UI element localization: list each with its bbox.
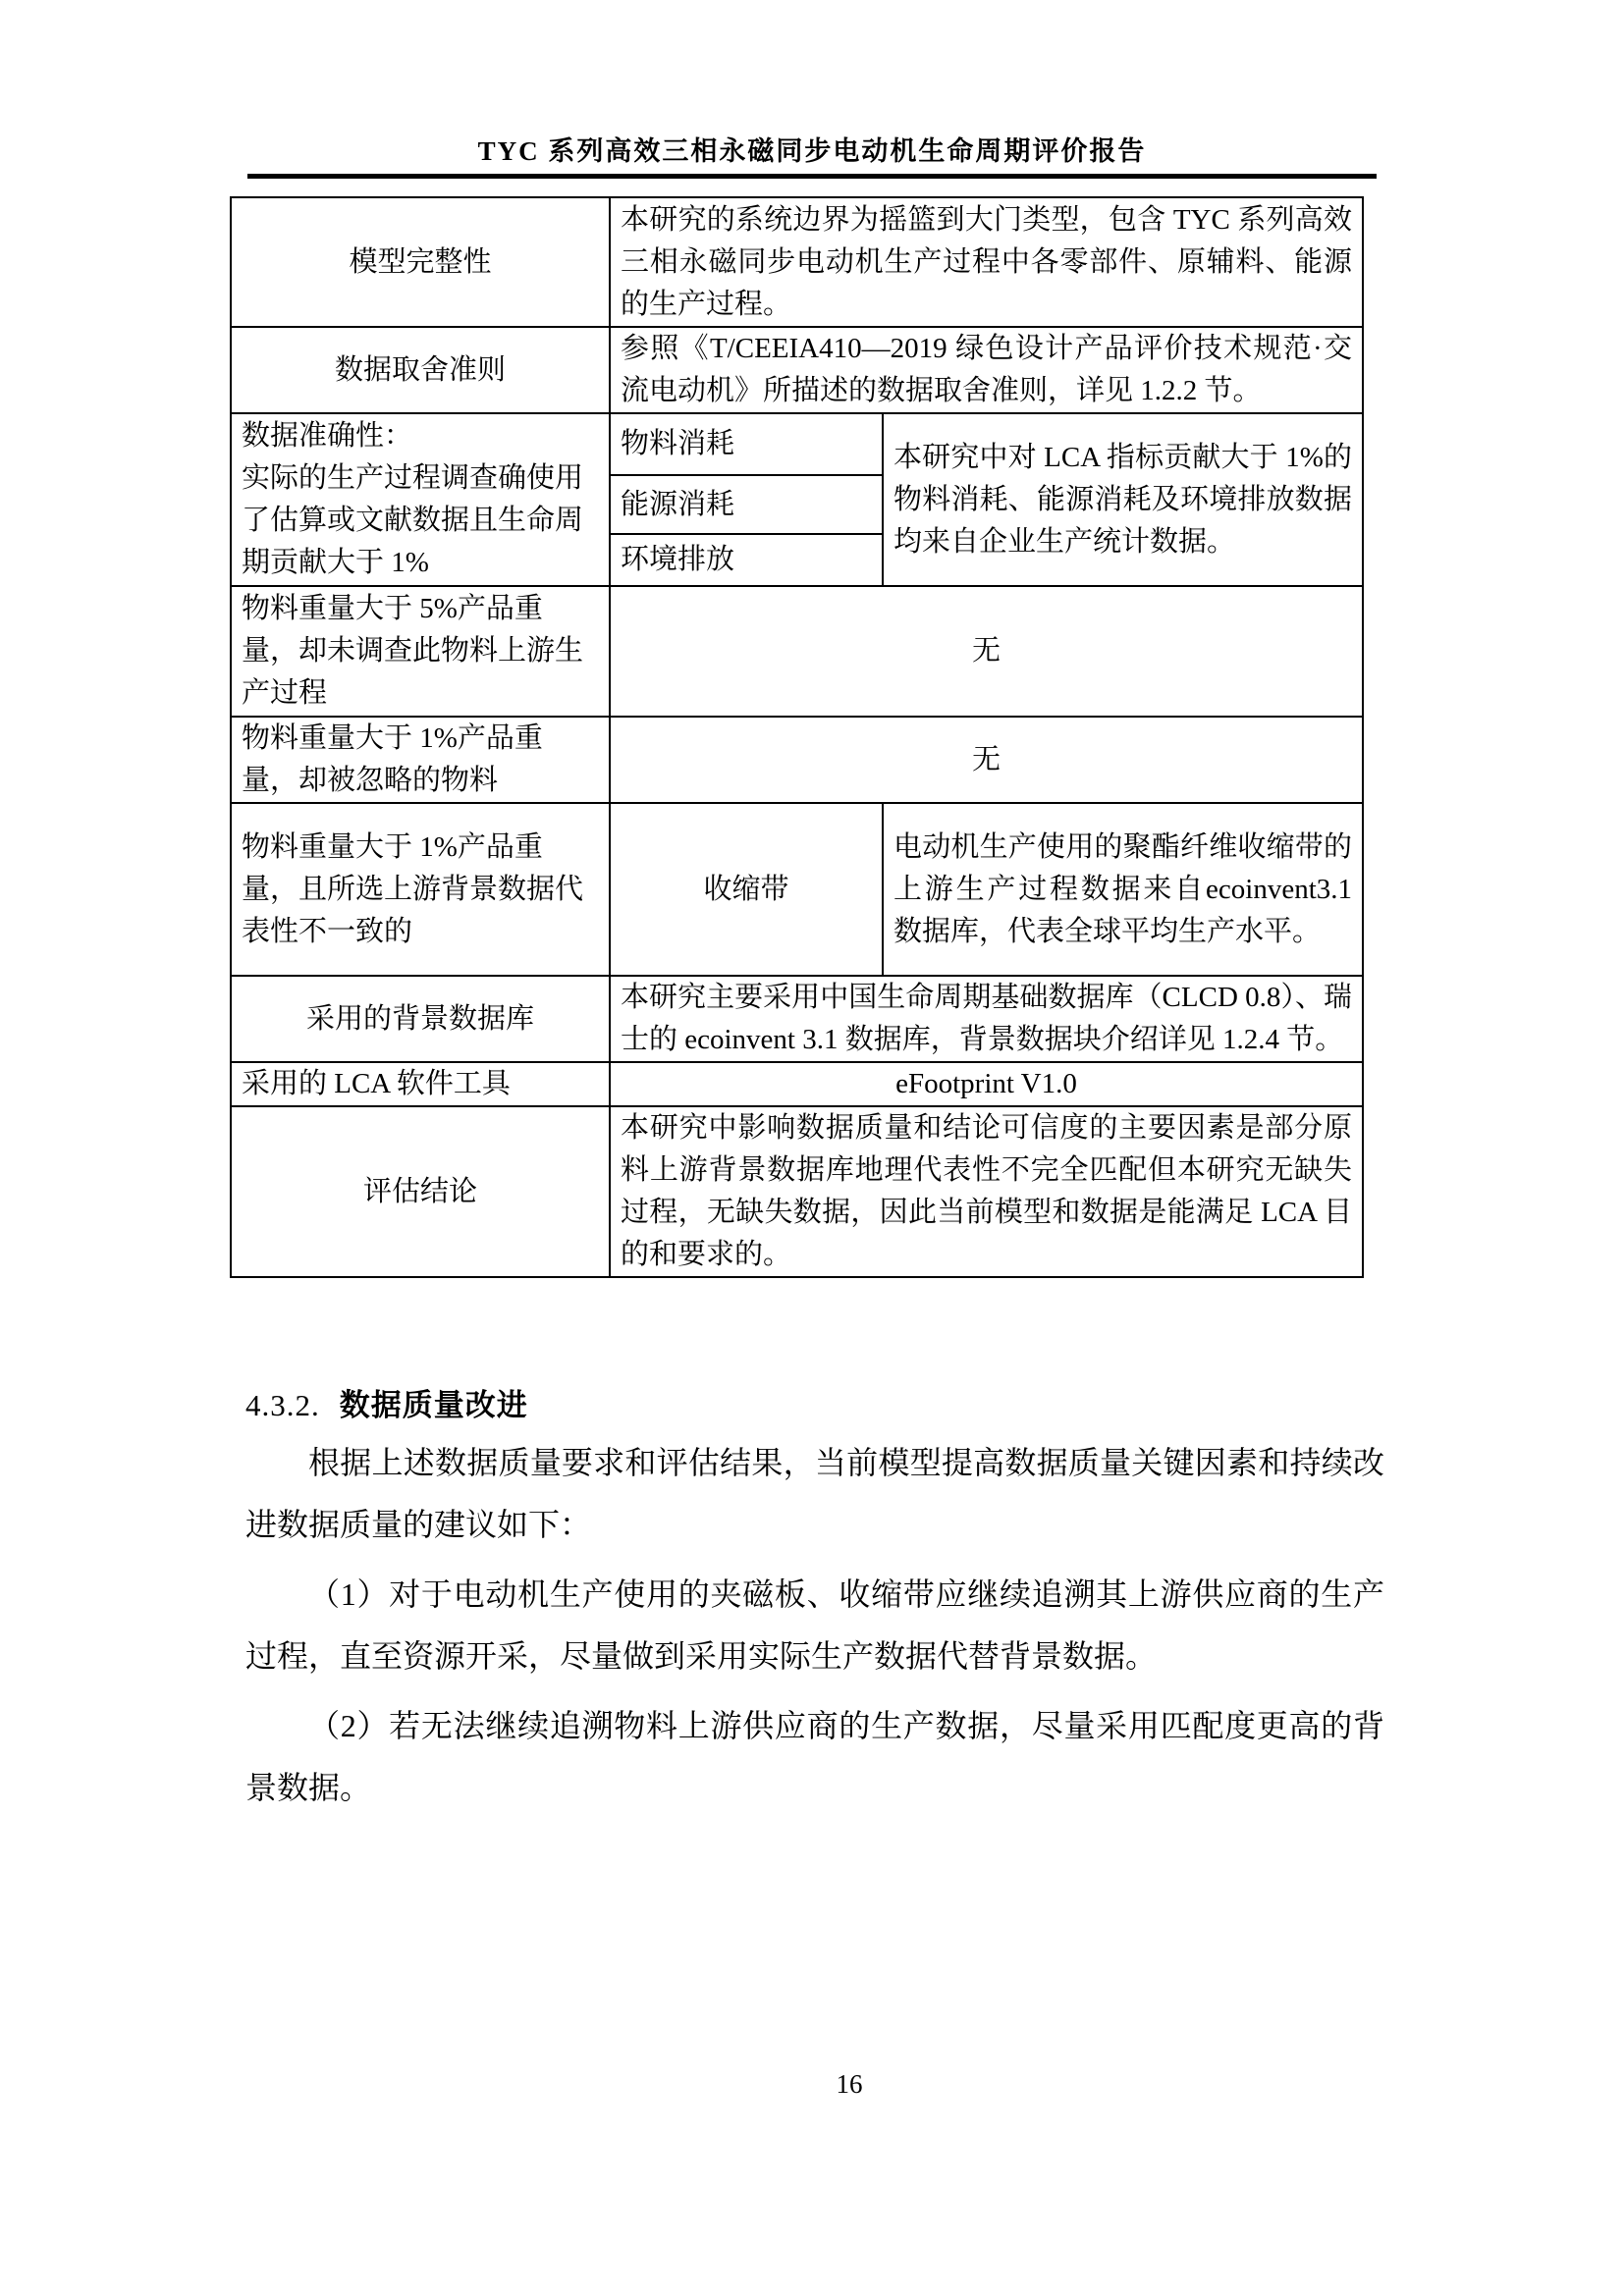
row-label-data-accuracy: 数据准确性： 实际的生产过程调查确使用了估算或文献数据且生命周期贡献大于 1% xyxy=(231,413,610,586)
row-label-material-over-1pct-ignored: 物料重量大于 1%产品重量，却被忽略的物料 xyxy=(231,717,610,803)
table-row: 数据准确性： 实际的生产过程调查确使用了估算或文献数据且生命周期贡献大于 1% … xyxy=(231,413,1363,475)
row-value-data-accuracy: 本研究中对 LCA 指标贡献大于 1%的物料消耗、能源消耗及环境排放数据均来自企… xyxy=(883,413,1363,586)
sub-item-energy-consumption: 能源消耗 xyxy=(610,475,883,534)
table-row: 评估结论 本研究中影响数据质量和结论可信度的主要因素是部分原料上游背景数据库地理… xyxy=(231,1106,1363,1277)
table-row: 物料重量大于 5%产品重量，却未调查此物料上游生产过程 无 xyxy=(231,586,1363,717)
row-value-lca-software: eFootprint V1.0 xyxy=(610,1062,1363,1106)
running-header-title: TYC 系列高效三相永磁同步电动机生命周期评价报告 xyxy=(0,133,1624,169)
page-number: 16 xyxy=(75,2069,1624,2099)
row-value-shrink-band: 电动机生产使用的聚酯纤维收缩带的上游生产过程数据来自ecoinvent3.1 数… xyxy=(883,803,1363,976)
paragraph-item-2: （2）若无法继续追溯物料上游供应商的生产数据，尽量采用匹配度更高的背景数据。 xyxy=(245,1695,1384,1819)
row-sublabel-shrink-band: 收缩带 xyxy=(610,803,883,976)
header-rule xyxy=(247,174,1377,179)
row-value-material-over-1pct-ignored: 无 xyxy=(610,717,1363,803)
paragraph-intro: 根据上述数据质量要求和评估结果，当前模型提高数据质量关键因素和持续改进数据质量的… xyxy=(245,1432,1384,1556)
row-value-material-over-5pct: 无 xyxy=(610,586,1363,717)
row-value-assessment-conclusion: 本研究中影响数据质量和结论可信度的主要因素是部分原料上游背景数据库地理代表性不完… xyxy=(610,1106,1363,1277)
paragraph-item-1: （1）对于电动机生产使用的夹磁板、收缩带应继续追溯其上游供应商的生产过程，直至资… xyxy=(245,1564,1384,1687)
row-value-background-database: 本研究主要采用中国生命周期基础数据库（CLCD 0.8）、瑞士的 ecoinve… xyxy=(610,976,1363,1062)
sub-item-material-consumption: 物料消耗 xyxy=(610,413,883,475)
section-title: 数据质量改进 xyxy=(340,1388,528,1422)
row-label-material-over-5pct: 物料重量大于 5%产品重量，却未调查此物料上游生产过程 xyxy=(231,586,610,717)
sub-item-environmental-emission: 环境排放 xyxy=(610,534,883,586)
data-quality-table: 模型完整性 本研究的系统边界为摇篮到大门类型，包含 TYC 系列高效三相永磁同步… xyxy=(230,196,1364,1278)
table-row: 物料重量大于 1%产品重量，且所选上游背景数据代表性不一致的 收缩带 电动机生产… xyxy=(231,803,1363,976)
row-label-assessment-conclusion: 评估结论 xyxy=(231,1106,610,1277)
section-4-3-2: 4.3.2.数据质量改进 根据上述数据质量要求和评估结果，当前模型提高数据质量关… xyxy=(245,1386,1384,1827)
row-value-model-completeness: 本研究的系统边界为摇篮到大门类型，包含 TYC 系列高效三相永磁同步电动机生产过… xyxy=(610,197,1363,327)
row-label-lca-software: 采用的 LCA 软件工具 xyxy=(231,1062,610,1106)
table-row: 物料重量大于 1%产品重量，却被忽略的物料 无 xyxy=(231,717,1363,803)
row-label-cutoff-criteria: 数据取舍准则 xyxy=(231,327,610,413)
document-page: TYC 系列高效三相永磁同步电动机生命周期评价报告 模型完整性 本研究的系统边界… xyxy=(0,0,1624,2296)
row-value-cutoff-criteria: 参照《T/CEEIA410—2019 绿色设计产品评价技术规范·交流电动机》所描… xyxy=(610,327,1363,413)
section-number: 4.3.2. xyxy=(245,1388,320,1422)
table-row: 数据取舍准则 参照《T/CEEIA410—2019 绿色设计产品评价技术规范·交… xyxy=(231,327,1363,413)
table-row: 采用的 LCA 软件工具 eFootprint V1.0 xyxy=(231,1062,1363,1106)
row-label-background-mismatch: 物料重量大于 1%产品重量，且所选上游背景数据代表性不一致的 xyxy=(231,803,610,976)
table-row: 采用的背景数据库 本研究主要采用中国生命周期基础数据库（CLCD 0.8）、瑞士… xyxy=(231,976,1363,1062)
section-heading: 4.3.2.数据质量改进 xyxy=(245,1386,1384,1425)
table-row: 模型完整性 本研究的系统边界为摇篮到大门类型，包含 TYC 系列高效三相永磁同步… xyxy=(231,197,1363,327)
row-label-background-database: 采用的背景数据库 xyxy=(231,976,610,1062)
row-label-model-completeness: 模型完整性 xyxy=(231,197,610,327)
